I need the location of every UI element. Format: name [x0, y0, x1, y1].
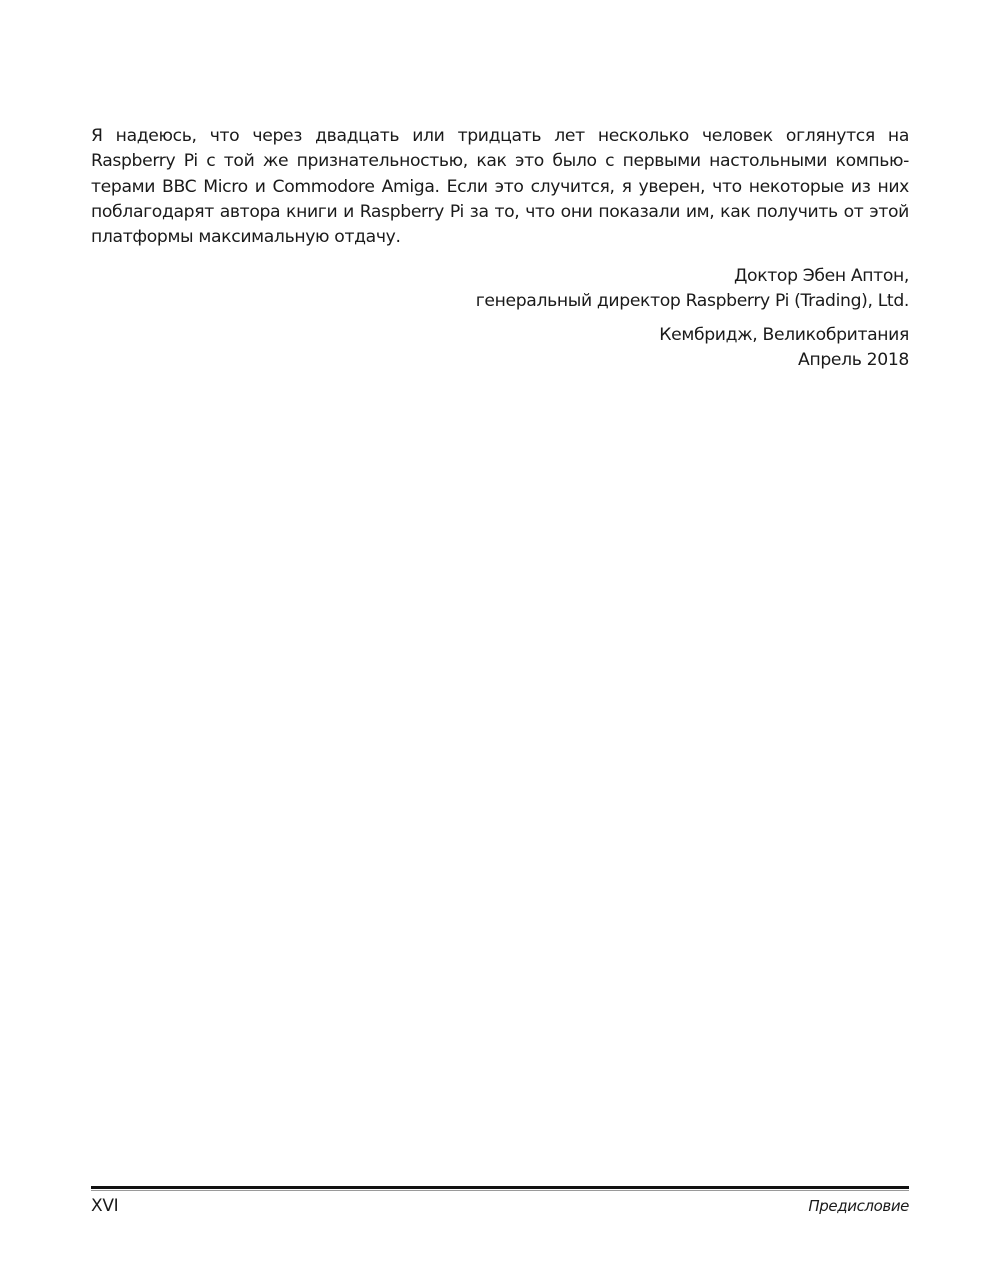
paragraph-line: Raspberry Pi с той же признательностью, …: [91, 149, 909, 174]
paragraph-line: платформы максимальную отдачу.: [91, 225, 909, 250]
signature-date: Апрель 2018: [476, 348, 909, 373]
place-date-block: Кембридж, Великобритания Апрель 2018: [476, 323, 909, 374]
author-block: Доктор Эбен Аптон, генеральный директор …: [476, 264, 909, 315]
book-page: Я надеюсь, что через двадцать или тридца…: [0, 0, 1000, 1280]
author-name: Доктор Эбен Аптон,: [476, 264, 909, 289]
running-footer-section: Предисловие: [808, 1197, 909, 1215]
paragraph-line: Я надеюсь, что через двадцать или тридца…: [91, 124, 909, 149]
author-title: генеральный директор Raspberry Pi (Tradi…: [476, 289, 909, 314]
paragraph-line: терами BBC Micro и Commodore Amiga. Если…: [91, 175, 909, 200]
signature-block: Доктор Эбен Аптон, генеральный директор …: [476, 264, 909, 373]
footer-rule: [91, 1186, 909, 1189]
page-number: XVI: [91, 1196, 118, 1216]
paragraph-line: поблагодарят автора книги и Raspberry Pi…: [91, 200, 909, 225]
footer-rule-thin: [91, 1190, 909, 1191]
signature-place: Кембридж, Великобритания: [476, 323, 909, 348]
body-paragraph: Я надеюсь, что через двадцать или тридца…: [91, 124, 909, 250]
